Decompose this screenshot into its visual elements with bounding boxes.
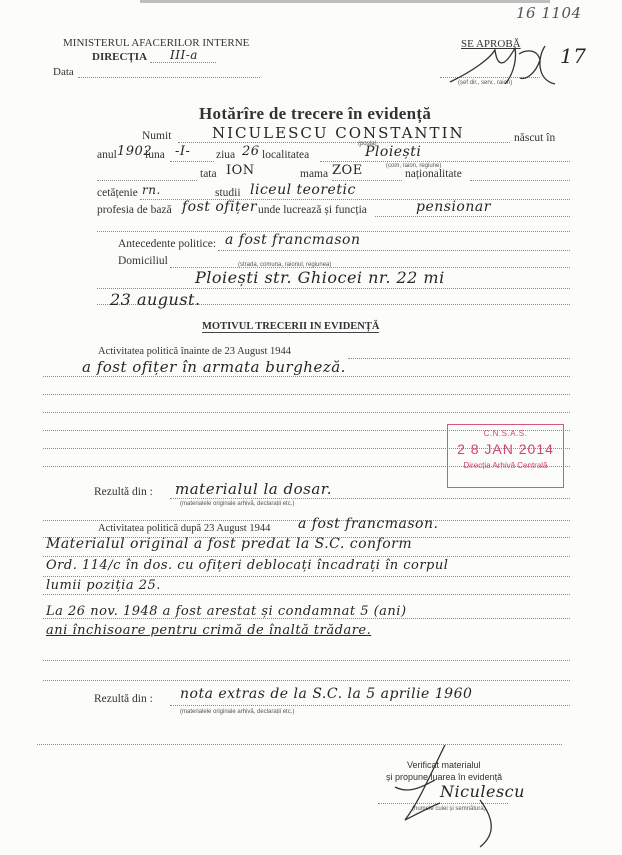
date-label: Data: [53, 66, 74, 78]
after-1944-line-2: [43, 556, 570, 557]
after-1944-line-text-5: ani închisoare pentru crimă de înaltă tr…: [46, 623, 371, 638]
mother-line: [332, 180, 402, 181]
name-label: Numit: [142, 130, 171, 142]
before-1944-value: a fost ofițer în armata burgheză.: [82, 358, 346, 376]
mother-label: mama: [300, 168, 328, 180]
workplace-line: [375, 216, 570, 217]
result2-line: [170, 705, 570, 706]
after-1944-line-text-1: Materialul original a fost predat la S.C…: [46, 536, 412, 552]
before-1944-label: Activitatea politică înainte de 23 Augus…: [98, 346, 291, 357]
month-label: luna: [145, 149, 165, 161]
locality-line: [320, 161, 570, 162]
verifier-signature-icon: [385, 745, 505, 850]
before-1944-line-2: [43, 394, 570, 395]
result1-caption: (materialele originale arhivă, declarați…: [180, 501, 294, 507]
nationality-label: naționalitate: [405, 168, 462, 180]
document-page: MINISTERUL AFACERILOR INTERNE DIRECȚIA I…: [0, 0, 622, 855]
day-label: ziua: [216, 149, 235, 161]
after-1944-line-3: [43, 576, 570, 577]
stamp-org: C.N.S.A.S.: [448, 429, 563, 438]
nationality-line: [470, 180, 570, 181]
scan-edge-shadow: [140, 0, 550, 3]
direction-line: [150, 62, 216, 63]
ministry-heading: MINISTERUL AFACERILOR INTERNE: [63, 37, 249, 49]
citizenship-value: rn.: [142, 183, 161, 197]
direction-label: DIRECȚIA: [92, 51, 147, 63]
profession-value: fost ofițer: [182, 199, 257, 215]
day-value: 26: [242, 144, 260, 159]
after-1944-line-7: [43, 680, 570, 681]
name-line: [178, 142, 510, 143]
domicile-value-line2: 23 august.: [110, 290, 201, 309]
result1-value: materialul la dosar.: [175, 480, 332, 498]
before-1944-line-0: [348, 358, 570, 359]
direction-value: III-a: [170, 48, 198, 62]
date-line: [78, 77, 260, 78]
domicile-label: Domiciliul: [118, 255, 168, 267]
profession-label: profesia de bază: [97, 204, 172, 216]
political-background-value: a fost francmason: [225, 232, 361, 248]
father-label: tata: [200, 168, 217, 180]
page-title: Hotărîre de trecere în evidență: [199, 104, 431, 124]
name-value: NICULESCU CONSTANTIN: [212, 124, 465, 142]
political-background-line: [218, 250, 570, 251]
after-1944-line-text-3: lumii poziția 25.: [46, 578, 161, 593]
month-line: [170, 161, 214, 162]
studies-label: studii: [215, 187, 241, 199]
domicile-value-line1: Ploiești str. Ghiocei nr. 22 mi: [195, 268, 445, 287]
locality-value: Ploiești: [365, 144, 421, 160]
political-background-label: Antecedente politice:: [118, 238, 216, 250]
citizenship-label: cetățenie: [97, 187, 138, 199]
parents-lead-line: [97, 180, 197, 181]
after-1944-label: Activitatea politică după 23 August 1944: [98, 523, 270, 534]
domicile-line-2: [97, 288, 570, 289]
cnsas-stamp: C.N.S.A.S. 2 8 JAN 2014 Direcția Arhivă …: [447, 424, 564, 488]
father-value: ION: [226, 163, 255, 178]
stamp-date: 2 8 JAN 2014: [448, 441, 563, 457]
after-1944-line-5: [43, 618, 570, 619]
after-1944-line-text-4: La 26 nov. 1948 a fost arestat și condam…: [46, 604, 407, 619]
studies-value: liceul teoretic: [250, 182, 356, 198]
result2-value: nota extras de la S.C. la 5 aprilie 1960: [180, 686, 472, 702]
after-1944-line-4: [43, 594, 570, 595]
workplace-value: pensionar: [416, 199, 491, 215]
month-value: -I-: [175, 144, 190, 159]
workplace-label: unde lucrează și funcția: [258, 204, 367, 216]
before-1944-line-3: [43, 412, 570, 413]
mother-value: ZOE: [332, 163, 363, 178]
locality-label: localitatea: [262, 149, 309, 161]
after-1944-line-6: [43, 660, 570, 661]
approval-signature-icon: [445, 40, 565, 90]
before-1944-line-1: [43, 376, 570, 377]
after-1944-line-text-2: Ord. 114/c în dos. cu ofițeri deblocați …: [46, 558, 448, 573]
motive-heading: MOTIVUL TRECERII IN EVIDENȚĂ: [202, 321, 379, 333]
after-1944-inline-value: a fost francmason.: [298, 516, 438, 532]
archive-number: 16 1104: [516, 4, 582, 22]
born-label: născut în: [514, 132, 555, 144]
result2-caption: (materialele originale arhivă, declarați…: [180, 709, 294, 715]
result2-label: Rezultă din :: [94, 693, 153, 705]
stamp-dept: Direcția Arhivă Centrală: [448, 461, 563, 470]
result1-line: [170, 498, 570, 499]
result1-label: Rezultă din :: [94, 486, 153, 498]
year-label: anul: [97, 149, 117, 161]
